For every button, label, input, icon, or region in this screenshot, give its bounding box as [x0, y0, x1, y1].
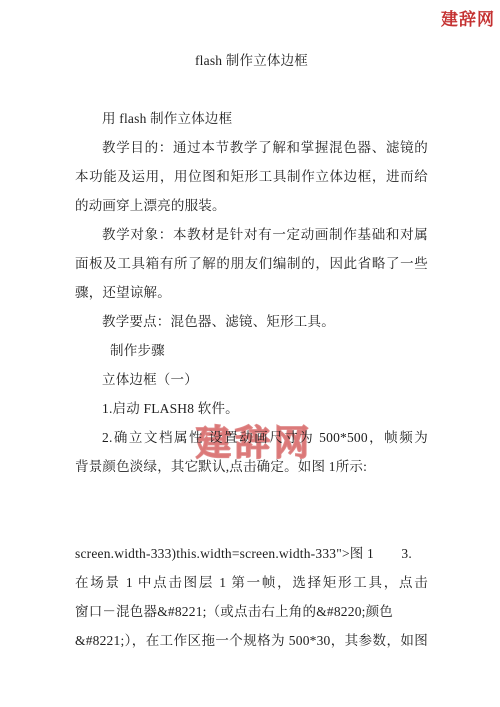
text-line: 立体边框（一） — [75, 365, 428, 394]
text-line: 教学要点：混色器、滤镜、矩形工具。 — [75, 307, 428, 336]
blank-line — [75, 481, 428, 510]
text-line: 2.确立文档属性 设置动画尺寸为 500*500，帧频为 12， — [75, 423, 428, 452]
blank-line — [75, 75, 428, 104]
text-line: 在场景 1 中点击图层 1 第一帧，选择矩形工具，点击&#8220; — [75, 568, 428, 597]
blank-line — [75, 510, 428, 539]
text-line: 面板及工具箱有所了解的朋友们编制的，因此省略了一些步 — [75, 249, 428, 278]
page-title: flash 制作立体边框 — [75, 46, 428, 75]
document-body: flash 制作立体边框用 flash 制作立体边框教学目的：通过本节教学了解和… — [75, 46, 428, 655]
text-line: 制作步骤 — [75, 336, 428, 365]
text-line: 骤，还望谅解。 — [75, 278, 428, 307]
text-line: 本功能及运用，用位图和矩形工具制作立体边框，进而给你 — [75, 162, 428, 191]
text-line: 教学对象：本教材是针对有一定动画制作基础和对属性 — [75, 220, 428, 249]
text-line: 1.启动 FLASH8 软件。 — [75, 394, 428, 423]
text-line: &#8221;），在工作区拖一个规格为 500*30，其参数，如图 2 — [75, 626, 428, 655]
text-line: 背景颜色淡绿，其它默认,点击确定。如图 1所示: — [75, 452, 428, 481]
text-line: 教学目的：通过本节教学了解和掌握混色器、滤镜的基 — [75, 133, 428, 162]
document-page: 建辞网 建辞网 flash 制作立体边框用 flash 制作立体边框教学目的：通… — [0, 0, 500, 707]
text-line: 窗口－混色器&#8221;（或点击右上角的&#8220;颜色 — [75, 597, 428, 626]
site-logo-watermark: 建辞网 — [441, 8, 495, 32]
text-line: 用 flash 制作立体边框 — [75, 104, 428, 133]
text-line: 的动画穿上漂亮的服装。 — [75, 191, 428, 220]
text-line: screen.width-333)this.width=screen.width… — [75, 539, 428, 568]
